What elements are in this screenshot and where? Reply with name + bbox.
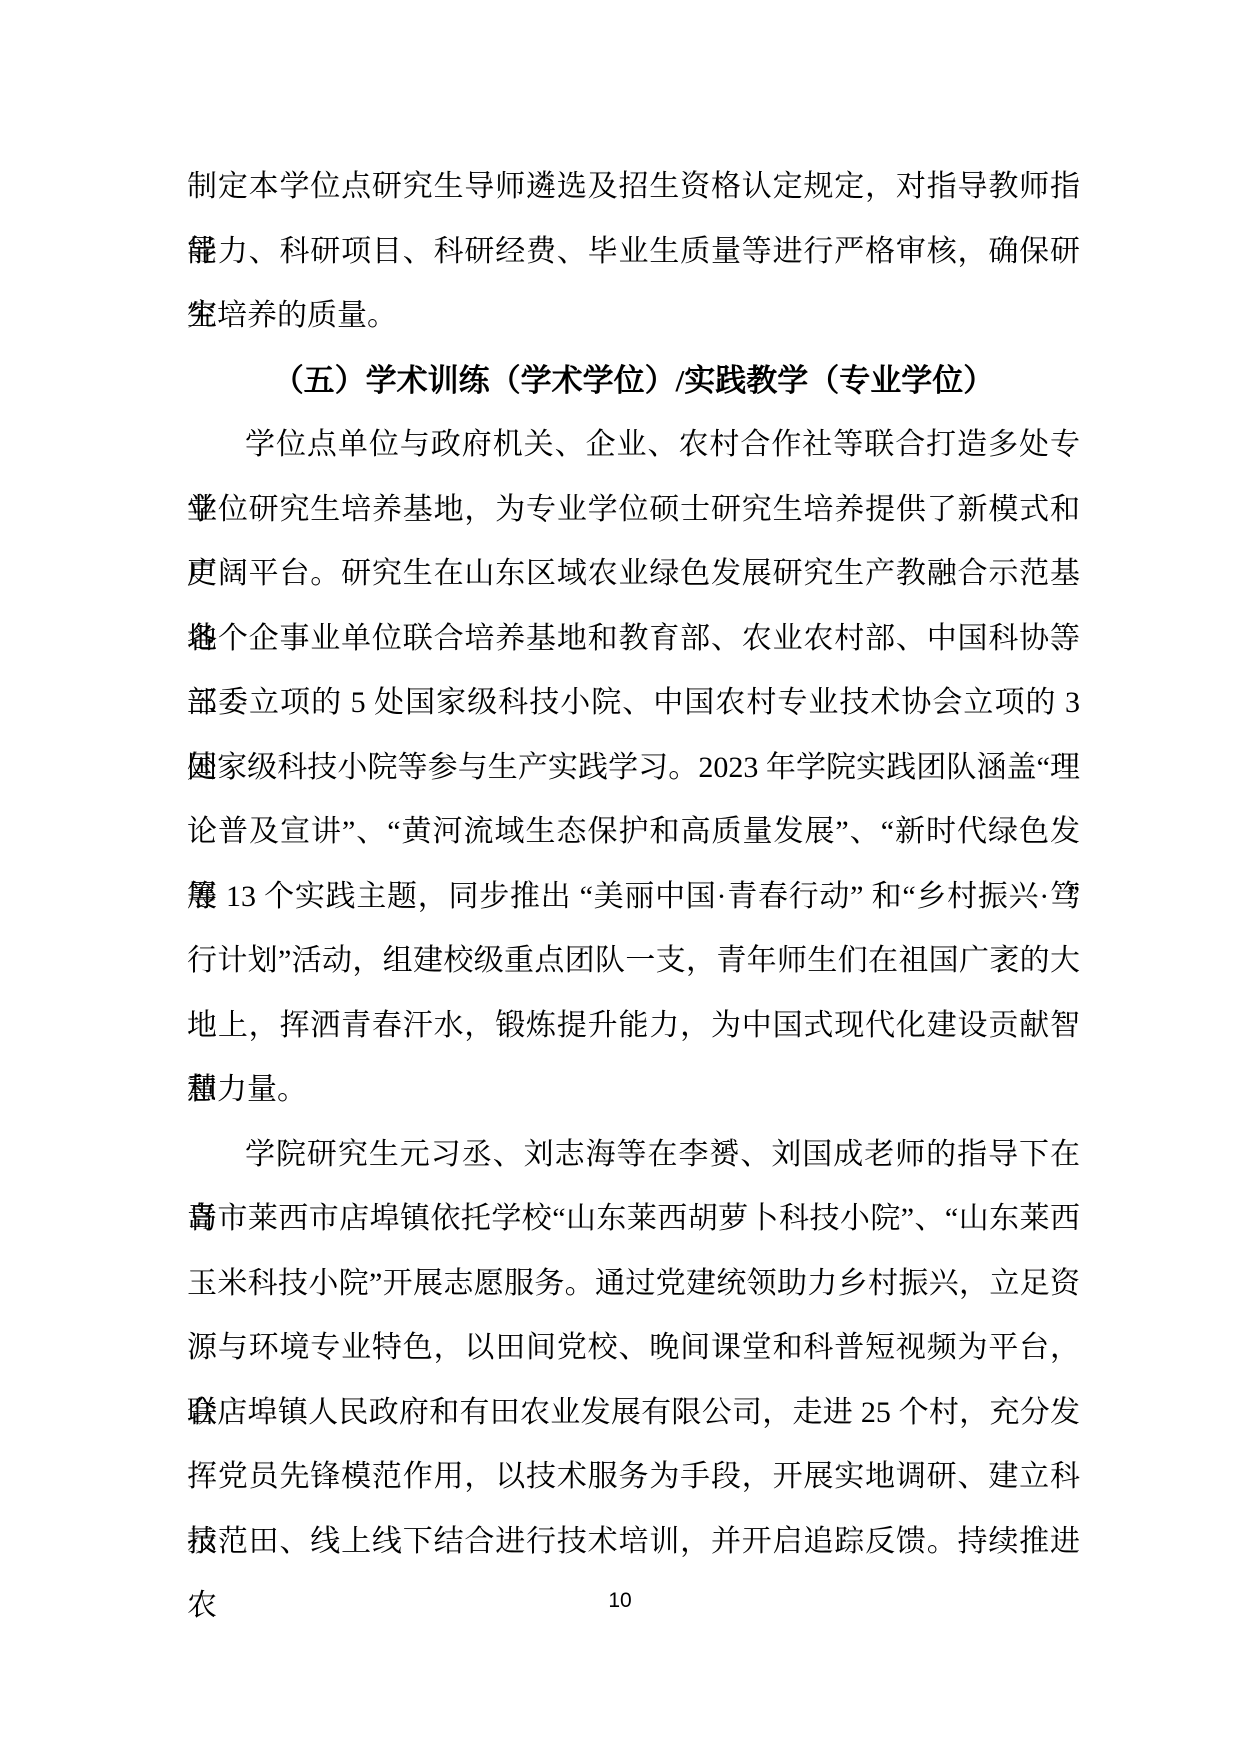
body-line: 示范田、线上线下结合进行技术培训，并开启追踪反馈。持续推进农 xyxy=(187,1510,1080,1575)
body-line: 论普及宣讲”、“黄河流域生态保护和高质量发展”、“新时代绿色发展” xyxy=(187,800,1080,865)
body-line: 挥党员先锋模范作用，以技术服务为手段，开展实地调研、建立科技 xyxy=(187,1445,1080,1510)
body-line: 等 13 个实践主题，同步推出 “美丽中国·青春行动” 和“乡村振兴·笃 xyxy=(187,865,1080,930)
body-line: 能力、科研项目、科研经费、毕业生质量等进行严格审核，确保研究 xyxy=(187,220,1080,285)
body-line: 广阔平台。研究生在山东区域农业绿色发展研究生产教融合示范基地、 xyxy=(187,542,1080,607)
document-body: 制定本学位点研究生导师遴选及招生资格认定规定，对指导教师指导 能力、科研项目、科… xyxy=(187,155,1080,1574)
section-heading: （五）学术训练（学术学位）/实践教学（专业学位） xyxy=(187,349,1080,414)
document-page: 制定本学位点研究生导师遴选及招生资格认定规定，对指导教师指导 能力、科研项目、科… xyxy=(0,0,1240,1753)
body-line: 各个企事业单位联合培养基地和教育部、农业农村部、中国科协等三 xyxy=(187,607,1080,672)
page-number: 10 xyxy=(0,1588,1240,1614)
body-line: 玉米科技小院”开展志愿服务。通过党建统领助力乡村振兴，立足资 xyxy=(187,1252,1080,1317)
body-line: 合店埠镇人民政府和有田农业发展有限公司，走进 25 个村，充分发 xyxy=(187,1381,1080,1446)
body-line: 生培养的质量。 xyxy=(187,284,1080,349)
body-line: 学院研究生元习丞、刘志海等在李赟、刘国成老师的指导下在青 xyxy=(187,1123,1080,1188)
body-line: 制定本学位点研究生导师遴选及招生资格认定规定，对指导教师指导 xyxy=(187,155,1080,220)
body-line: 和力量。 xyxy=(187,1058,1080,1123)
body-line: 地上，挥洒青春汗水，锻炼提升能力，为中国式现代化建设贡献智慧 xyxy=(187,994,1080,1059)
body-line: 源与环境专业特色，以田间党校、晚间课堂和科普短视频为平台，联 xyxy=(187,1316,1080,1381)
body-line: 学位点单位与政府机关、企业、农村合作社等联合打造多处专业 xyxy=(187,413,1080,478)
body-line: 部委立项的 5 处国家级科技小院、中国农村专业技术协会立项的 3 处 xyxy=(187,671,1080,736)
body-line: 国家级科技小院等参与生产实践学习。2023 年学院实践团队涵盖“理 xyxy=(187,736,1080,801)
body-line: 行计划”活动，组建校级重点团队一支，青年师生们在祖国广袤的大 xyxy=(187,929,1080,994)
body-line: 学位研究生培养基地，为专业学位硕士研究生培养提供了新模式和更 xyxy=(187,478,1080,543)
body-line: 岛市莱西市店埠镇依托学校“山东莱西胡萝卜科技小院”、“山东莱西 xyxy=(187,1187,1080,1252)
